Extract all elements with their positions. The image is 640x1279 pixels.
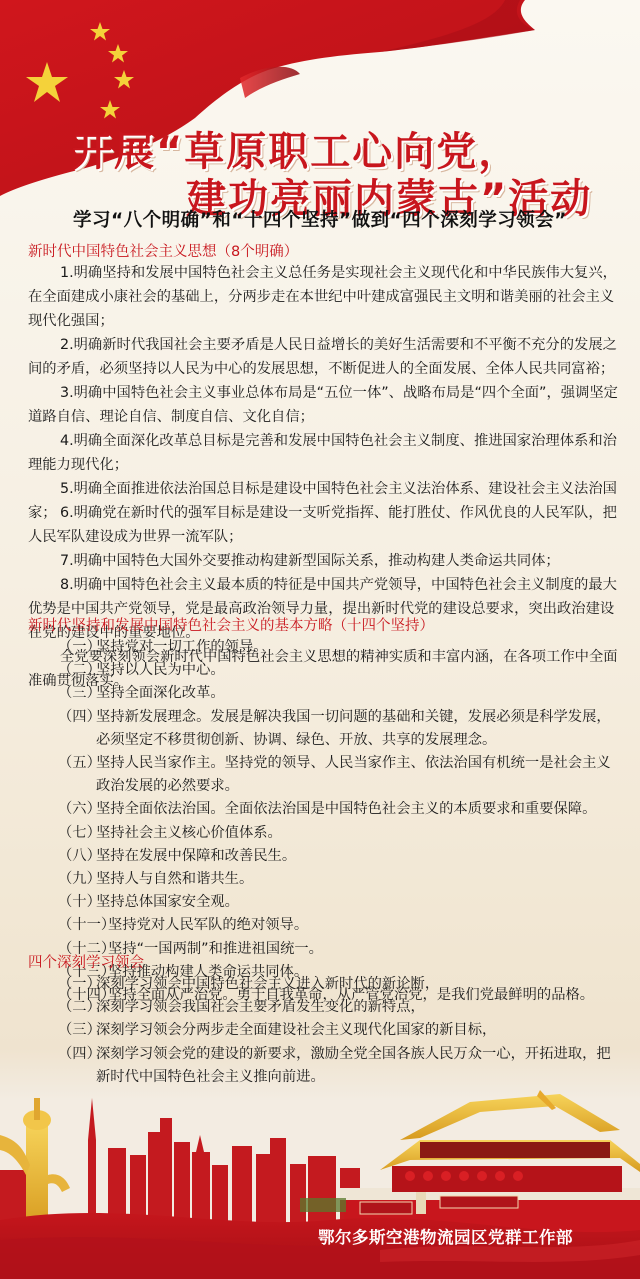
item-number: （二） — [58, 659, 96, 682]
skyline-illustration — [0, 1080, 640, 1279]
item-text: 坚持以人民为中心。 — [96, 659, 618, 682]
item-text: 坚持人民当家作主。坚持党的领导、人民当家作主、依法治国有机统一是社会主义政治发展… — [96, 752, 618, 798]
subtitle: 学习“八个明确”和“十四个坚持”做到“四个深刻学习领会” — [0, 206, 640, 232]
item-number: （九） — [58, 868, 96, 891]
item-text: 坚持在发展中保障和改善民生。 — [96, 845, 618, 868]
item-number: （六） — [58, 798, 96, 821]
list-item: （八）坚持在发展中保障和改善民生。 — [58, 845, 618, 868]
list-item: （十）坚持总体国家安全观。 — [58, 891, 618, 914]
item-text: 深刻学习领会分两步走全面建设社会主义现代化国家的新目标， — [96, 1019, 618, 1042]
item-text: 坚持全面深化改革。 — [96, 682, 618, 705]
deep-study-list: （一）深刻学习领会中国特色社会主义进入新时代的新论断， （二）深刻学习领会我国社… — [58, 973, 618, 1089]
item-text: 坚持总体国家安全观。 — [96, 891, 618, 914]
list-item: （七）坚持社会主义核心价值体系。 — [58, 822, 618, 845]
clarification-2: 2.明确新时代我国社会主要矛盾是人民日益增长的美好生活需要和不平衡不充分的发展之… — [28, 333, 618, 381]
item-text: 坚持党对人民军队的绝对领导。 — [108, 914, 618, 937]
item-number: （五） — [58, 752, 96, 798]
clarification-4: 4.明确全面深化改革总目标是完善和发展中国特色社会主义制度、推进国家治理体系和治… — [28, 429, 618, 477]
item-number: （四） — [58, 706, 96, 752]
item-number: （二） — [58, 996, 96, 1019]
item-text: 坚持人与自然和谐共生。 — [96, 868, 618, 891]
item-number: （三） — [58, 682, 96, 705]
item-number: （三） — [58, 1019, 96, 1042]
clarification-3: 3.明确中国特色社会主义事业总体布局是“五位一体”、战略布局是“四个全面”，强调… — [28, 381, 618, 429]
list-item: （五）坚持人民当家作主。坚持党的领导、人民当家作主、依法治国有机统一是社会主义政… — [58, 752, 618, 798]
section-heading-four-deep-studies: 四个深刻学习领会 — [28, 951, 144, 972]
item-text: 坚持党对一切工作的领导。 — [96, 636, 618, 659]
clarification-7: 7.明确中国特色大国外交要推动构建新型国际关系，推动构建人类命运共同体； — [28, 549, 618, 573]
item-text: 坚持社会主义核心价值体系。 — [96, 822, 618, 845]
item-text: 深刻学习领会中国特色社会主义进入新时代的新论断， — [96, 973, 618, 996]
item-number: （一） — [58, 636, 96, 659]
list-item: （一）坚持党对一切工作的领导。 — [58, 636, 618, 659]
list-item: （六）坚持全面依法治国。全面依法治国是中国特色社会主义的本质要求和重要保障。 — [58, 798, 618, 821]
item-number: （十一） — [58, 914, 108, 937]
clarification-6: 6.明确党在新时代的强军目标是建设一支听党指挥、能打胜仗、作风优良的人民军队，把… — [28, 501, 618, 549]
list-item: （十一）坚持党对人民军队的绝对领导。 — [58, 914, 618, 937]
clarification-1: 1.明确坚持和发展中国特色社会主义总任务是实现社会主义现代化和中华民族伟大复兴，… — [28, 261, 618, 333]
item-number: （八） — [58, 845, 96, 868]
item-number: （十） — [58, 891, 96, 914]
item-number: （一） — [58, 973, 96, 996]
tiananmen-gate-icon — [300, 1090, 640, 1238]
list-item: （四）坚持新发展理念。发展是解决我国一切问题的基础和关键，发展必须是科学发展，必… — [58, 706, 618, 752]
list-item: （三）坚持全面深化改革。 — [58, 682, 618, 705]
item-text: 坚持全面依法治国。全面依法治国是中国特色社会主义的本质要求和重要保障。 — [96, 798, 618, 821]
list-item: （三）深刻学习领会分两步走全面建设社会主义现代化国家的新目标， — [58, 1019, 618, 1042]
section-heading-fourteen-adherences: 新时代坚持和发展中国特色社会主义的基本方略（十四个坚持） — [28, 614, 434, 635]
poster: 开展“草原职工心向党， 建功亮丽内蒙古”活动 学习“八个明确”和“十四个坚持”做… — [0, 0, 640, 1279]
list-item: （一）深刻学习领会中国特色社会主义进入新时代的新论断， — [58, 973, 618, 996]
item-text: 深刻学习领会我国社会主要矛盾发生变化的新特点， — [96, 996, 618, 1019]
item-text: 坚持新发展理念。发展是解决我国一切问题的基础和关键，发展必须是科学发展，必须坚定… — [96, 706, 618, 752]
organization-footer: 鄂尔多斯空港物流园区党群工作部 — [318, 1224, 573, 1248]
list-item: （二）坚持以人民为中心。 — [58, 659, 618, 682]
list-item: （九）坚持人与自然和谐共生。 — [58, 868, 618, 891]
item-text: 坚持“一国两制”和推进祖国统一。 — [108, 938, 618, 961]
section-heading-eight-clarifications: 新时代中国特色社会主义思想（8个明确） — [28, 240, 298, 261]
list-item: （二）深刻学习领会我国社会主要矛盾发生变化的新特点， — [58, 996, 618, 1019]
item-number: （七） — [58, 822, 96, 845]
